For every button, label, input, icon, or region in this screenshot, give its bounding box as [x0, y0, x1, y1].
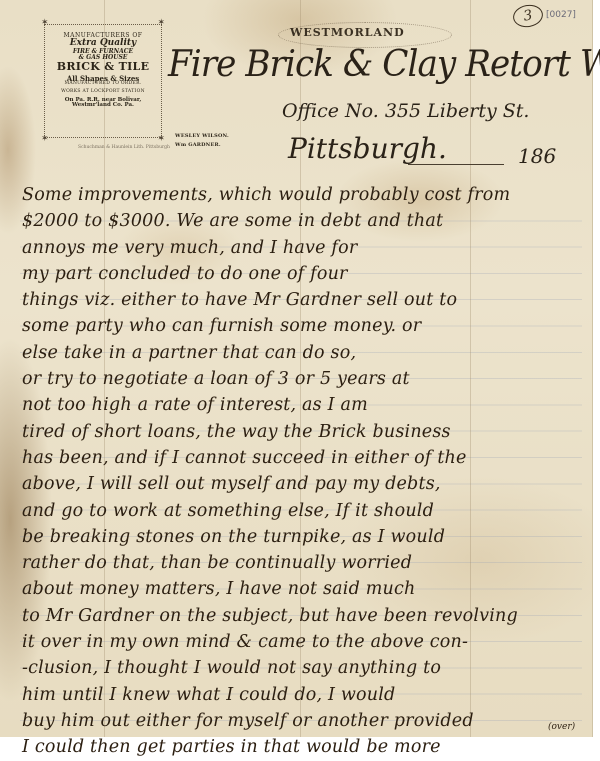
handwritten-line: or try to negotiate a loan of 3 or 5 yea…: [22, 366, 582, 392]
handwritten-line: above, I will sell out myself and pay my…: [22, 471, 582, 497]
star-ornament-icon: ✶: [41, 18, 49, 28]
badge-works-location: WORKS AT LOCKPORT STATION: [45, 90, 161, 95]
letterhead-badge: ✶ ✶ ✶ ✶ MANUFACTURERS OF Extra Quality F…: [44, 24, 162, 138]
handwritten-line: things viz. either to have Mr Gardner se…: [22, 287, 582, 313]
handwritten-line: about money matters, I have not said muc…: [22, 576, 582, 602]
continuation-note: (over): [548, 722, 575, 732]
handwritten-line: rather do that, than be continually worr…: [22, 550, 582, 576]
company-prefix: WESTMORLAND: [290, 26, 405, 39]
handwritten-line: some party who can furnish some money. o…: [22, 313, 582, 339]
page-number-mark: 3: [511, 3, 544, 30]
date-line: [408, 164, 504, 165]
badge-brick-tile: BRICK & TILE: [45, 61, 161, 73]
city-name: Pittsburgh.: [288, 132, 447, 165]
star-ornament-icon: ✶: [157, 18, 165, 28]
partner-name: Wm GARDNER.: [175, 141, 229, 150]
handwritten-line: and go to work at something else, If it …: [22, 498, 582, 524]
handwritten-line: buy him out either for myself or another…: [22, 708, 582, 734]
letter-page: 3 [0027] ✶ ✶ ✶ ✶ MANUFACTURERS OF Extra …: [0, 0, 593, 737]
year-prefix: 186: [518, 144, 556, 168]
letter-body: Some improvements, which would probably …: [22, 182, 582, 737]
handwritten-line: annoys me very much, and I have for: [22, 235, 582, 261]
catalog-number: [0027]: [546, 10, 576, 20]
handwritten-line: tired of short loans, the way the Brick …: [22, 419, 582, 445]
office-address: Office No. 355 Liberty St.: [282, 100, 529, 122]
handwritten-line: -clusion, I thought I would not say anyt…: [22, 655, 582, 681]
badge-made-to-order: MANUFACTURED TO ORDER.: [45, 82, 161, 87]
handwritten-line: else take in a partner that can do so,: [22, 340, 582, 366]
handwritten-line: to Mr Gardner on the subject, but have b…: [22, 603, 582, 629]
partner-name: WESLEY WILSON.: [175, 132, 229, 141]
star-ornament-icon: ✶: [157, 134, 165, 144]
star-ornament-icon: ✶: [41, 134, 49, 144]
partner-names: WESLEY WILSON. Wm GARDNER.: [175, 132, 229, 150]
company-name: Fire Brick & Clay Retort Works.: [168, 44, 600, 85]
handwritten-line: my part concluded to do one of four: [22, 261, 582, 287]
handwritten-line: him until I knew what I could do, I woul…: [22, 682, 582, 708]
handwritten-line: not too high a rate of interest, as I am: [22, 392, 582, 418]
handwritten-line: be breaking stones on the turnpike, as I…: [22, 524, 582, 550]
handwritten-line: it over in my own mind & came to the abo…: [22, 629, 582, 655]
badge-railroad: On Pa. R.R. near Bolivar, Westmr'land Co…: [45, 98, 161, 110]
handwritten-line: Some improvements, which would probably …: [22, 182, 582, 208]
engraver-credit: Schuchman & Haunlein Lith. Pittsburgh: [78, 145, 170, 150]
handwritten-line: has been, and if I cannot succeed in eit…: [22, 445, 582, 471]
handwritten-line: $2000 to $3000. We are some in debt and …: [22, 208, 582, 234]
